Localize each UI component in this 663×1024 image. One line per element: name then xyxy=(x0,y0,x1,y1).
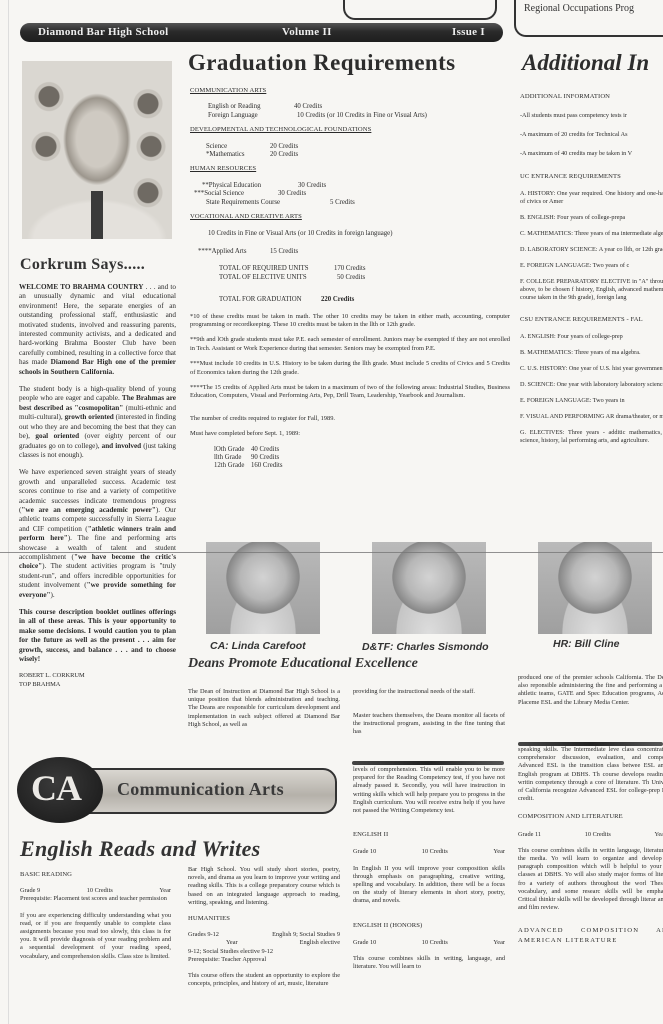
req-value: 40 Credits xyxy=(294,103,322,111)
principal-photo xyxy=(22,61,172,239)
req-label: State Requirements Course xyxy=(206,199,330,207)
course-grade: Grade 10 xyxy=(353,939,376,947)
req-label: *Mathematics xyxy=(206,151,270,159)
csu-item: D. SCIENCE: One year with laboratory lab… xyxy=(520,381,663,389)
additional-title: Additional In xyxy=(522,50,649,76)
signature-title: TOP BRAHMA xyxy=(19,681,176,689)
text-bold: and involved xyxy=(102,442,142,450)
course-grade: Grade 11 xyxy=(518,831,541,839)
uc-item: C. MATHEMATICS: Three years of ma interm… xyxy=(520,230,663,238)
grade-credit-row: 12th Grade160 Credits xyxy=(214,462,510,470)
section-vocational: VOCATIONAL AND CREATIVE ARTS xyxy=(190,213,510,221)
graduation-title: Graduation Requirements xyxy=(188,50,456,76)
section-human-resources: HUMAN RESOURCES xyxy=(190,165,510,173)
course-credits: English 9; Social Studies 9 xyxy=(272,931,340,939)
req-label: Science xyxy=(206,143,270,151)
course-term: Year xyxy=(159,887,171,895)
course-desc: Bar High School. You will study short st… xyxy=(188,866,340,907)
course-desc: This course combines skills in writing, … xyxy=(353,955,505,971)
csu-item: F. VISUAL AND PERFORMING AR drama/theate… xyxy=(520,413,663,421)
course-desc: speaking skills. The Intermediate leve c… xyxy=(518,746,663,803)
info-item: -A maximum of 40 credits may be taken in… xyxy=(520,150,663,158)
completed-note: Must have completed before Sept. 1, 1989… xyxy=(190,430,510,438)
col2-courses: Bar High School. You will study short st… xyxy=(188,866,340,988)
csu-item: E. FOREIGN LANGUAGE: Two years in xyxy=(520,397,663,405)
page-fold-crease xyxy=(0,552,663,553)
grade-label: 12th Grade xyxy=(214,462,251,470)
course-meta: Grade 10 10 Credits Year xyxy=(353,848,505,856)
course-grade: Grades 9-12 xyxy=(188,931,219,939)
total-value: 170 Credits xyxy=(334,265,366,273)
footnote: *10 of these credits must be taken in ma… xyxy=(190,313,510,330)
english-heading: English Reads and Writes xyxy=(20,836,261,862)
text-bold: growth oriented xyxy=(65,413,114,421)
section-dev-tech: DEVELOPMENTAL AND TECHNOLOGICAL FOUNDATI… xyxy=(190,126,510,134)
req-value: 10 Credits (or 10 Credits in Fine or Vis… xyxy=(297,112,427,120)
grade-label: llth Grade xyxy=(214,454,251,462)
principal-closing: This course description booklet outlines… xyxy=(19,608,176,664)
req-value: 20 Credits xyxy=(270,143,298,151)
course-prereq: Prerequisite: Placement test scores and … xyxy=(20,895,171,903)
req-label: ****Applied Arts xyxy=(198,248,270,256)
dean-caption: HR: Bill Cline xyxy=(553,638,620,650)
req-label: **Physical Education xyxy=(202,182,298,190)
total-row: TOTAL OF ELECTIVE UNITS50 Credits xyxy=(219,274,510,282)
req-value: 15 Credits xyxy=(270,248,298,256)
welcome-lead: WELCOME TO BRAHMA COUNTRY xyxy=(19,283,143,291)
dean-photo-cline xyxy=(538,542,652,634)
ca-badge-text: CA xyxy=(31,767,81,809)
course-term: Year xyxy=(493,848,505,856)
deans-col3: produced one of the premier schools Cali… xyxy=(518,674,663,707)
course-grade: Grade 9 xyxy=(20,887,40,895)
basic-reading: BASIC READING Grade 9 10 Credits Year Pr… xyxy=(20,871,171,961)
req-label: English or Reading xyxy=(208,103,294,111)
course-title: COMPOSITION AND LITERATURE xyxy=(518,813,663,821)
deans-col2a: providing for the instructional needs of… xyxy=(353,688,505,696)
req-value: 5 Credits xyxy=(330,199,355,207)
total-value: 50 Credits xyxy=(337,274,365,282)
course-desc: levels of comprehension. This will enabl… xyxy=(353,766,505,815)
uc-item: E. FOREIGN LANGUAGE: Two years of c xyxy=(520,262,663,270)
top-cutoff-box xyxy=(343,0,497,20)
signature-name: ROBERT L. CORKRUM xyxy=(19,672,176,680)
total-row: TOTAL OF REQUIRED UNITS170 Credits xyxy=(219,265,510,273)
total-label: TOTAL FOR GRADUATION xyxy=(219,296,321,304)
total-label: TOTAL OF REQUIRED UNITS xyxy=(219,265,334,273)
course-term: Year xyxy=(226,939,238,947)
masthead-volume: Volume II xyxy=(282,26,332,38)
grade-credits: 160 Credits xyxy=(251,462,283,470)
grade-credit-row: lOth Grade40 Credits xyxy=(214,446,510,454)
principal-paragraph: WELCOME TO BRAHMA COUNTRY . . . and to a… xyxy=(19,283,176,377)
uc-item: F. COLLEGE PREPARATORY ELECTIVE in "A" t… xyxy=(520,278,663,302)
principal-heading: Corkrum Says..... xyxy=(20,256,145,274)
grade-label: lOth Grade xyxy=(214,446,251,454)
dean-photo-carefoot xyxy=(206,542,320,634)
req-row: Science20 Credits xyxy=(206,143,510,151)
course-credits: 10 Credits xyxy=(585,831,611,839)
principal-letter: WELCOME TO BRAHMA COUNTRY . . . and to a… xyxy=(19,283,176,689)
additional-info: ADDITIONAL INFORMATION -All students mus… xyxy=(520,93,663,445)
req-row: **Physical Education30 Credits xyxy=(202,182,510,190)
course-title: BASIC READING xyxy=(20,871,171,879)
rop-box-title: Regional Occupations Prog xyxy=(524,3,634,14)
course-meta: 9-12; Social Studies elective 9-12 xyxy=(188,948,340,956)
course-prereq: Prerequisite: Teacher Approval xyxy=(188,956,340,964)
page-edge-shadow xyxy=(8,0,9,1024)
total-value: 220 Credits xyxy=(321,296,354,304)
req-row: *Mathematics20 Credits xyxy=(206,151,510,159)
deans-col1: The Dean of Instruction at Diamond Bar H… xyxy=(188,688,340,729)
info-item: -A maximum of 20 credits for Technical A… xyxy=(520,131,663,139)
req-row: English or Reading40 Credits xyxy=(208,103,510,111)
grade-credits: 90 Credits xyxy=(251,454,279,462)
course-credits: 10 Credits xyxy=(422,848,448,856)
req-row: ****Applied Arts15 Credits xyxy=(198,248,510,256)
deans-col2b: Master teachers themselves, the Deans mo… xyxy=(353,712,505,737)
text-bold: goal oriented xyxy=(35,432,79,440)
dean-photo-sismondo xyxy=(372,542,486,634)
rop-box-faint-text: Vocational and Technical xyxy=(524,0,594,2)
course-title: ENGLISH II (HONORS) xyxy=(353,922,505,930)
csu-heading: CSU ENTRANCE REQUIREMENTS - FAL xyxy=(520,316,663,324)
info-heading: ADDITIONAL INFORMATION xyxy=(520,93,663,101)
principal-paragraph: We have experienced seven straight years… xyxy=(19,468,176,600)
grade-credit-row: llth Grade90 Credits xyxy=(214,454,510,462)
req-label: Foreign Language xyxy=(208,112,297,120)
course-desc: In English II you will improve your comp… xyxy=(353,865,505,906)
dean-caption: CA: Linda Carefoot xyxy=(210,640,306,652)
course-meta: Grade 10 10 Credits Year xyxy=(353,939,505,947)
section-communication-arts: COMMUNICATION ARTS xyxy=(190,87,510,95)
principal-paragraph: The student body is a high-quality blend… xyxy=(19,385,176,460)
dean-caption: D&TF: Charles Sismondo xyxy=(362,641,489,653)
uc-item: A. HISTORY: One year required. One histo… xyxy=(520,190,663,206)
footnote: ****The 15 credits of Applied Arts must … xyxy=(190,384,510,401)
course-credits: English elective xyxy=(300,939,340,947)
total-row: TOTAL FOR GRADUATION220 Credits xyxy=(219,296,510,304)
grade-credits: 40 Credits xyxy=(251,446,279,454)
rop-box: Vocational and Technical Regional Occupa… xyxy=(514,0,663,37)
masthead-school: Diamond Bar High School xyxy=(38,26,168,38)
course-term: Yea xyxy=(654,831,663,839)
masthead-issue: Issue I xyxy=(452,26,485,38)
info-item: -All students must pass competency tests… xyxy=(520,112,663,120)
uc-heading: UC ENTRANCE REQUIREMENTS xyxy=(520,173,663,181)
csu-item: B. MATHEMATICS: Three years of ma algebr… xyxy=(520,349,663,357)
ca-badge: CA xyxy=(17,757,103,823)
course-credits: 10 Credits xyxy=(87,887,113,895)
req-value: 20 Credits xyxy=(270,151,298,159)
course-meta: Grades 9-12English 9; Social Studies 9 xyxy=(188,931,340,939)
csu-item: C. U.S. HISTORY: One year of U.S. hist y… xyxy=(520,365,663,373)
req-label: ***Social Science xyxy=(194,190,278,198)
req-value: 30 Credits xyxy=(298,182,326,190)
total-label: TOTAL OF ELECTIVE UNITS xyxy=(219,274,337,282)
register-note: The number of credits required to regist… xyxy=(190,415,510,423)
deans-heading: Deans Promote Educational Excellence xyxy=(188,656,418,672)
uc-item: D. LABORATORY SCIENCE: A year co llth, o… xyxy=(520,246,663,254)
req-value: 30 Credits xyxy=(278,190,306,198)
csu-item: A. ENGLISH: Four years of college-prep xyxy=(520,333,663,341)
req-row: 10 Credits in Fine or Visual Arts (or 10… xyxy=(208,230,510,238)
column-rule xyxy=(352,761,504,765)
footnote: **9th and lOth grade students must take … xyxy=(190,336,510,353)
banner-label: Communication Arts xyxy=(117,779,284,800)
col3-courses: levels of comprehension. This will enabl… xyxy=(353,766,505,971)
course-meta: Grade 11 10 Credits Yea xyxy=(518,831,663,839)
csu-item: G. ELECTIVES: Three years - additic math… xyxy=(520,429,663,445)
course-title: ADVANCED COMPOSITION AN AMERICAN LITERAT… xyxy=(518,926,663,945)
course-desc: This course offers the student an opport… xyxy=(188,972,340,988)
course-grade: Grade 10 xyxy=(353,848,376,856)
deans-col3-wrap: produced one of the premier schools Cali… xyxy=(518,674,663,707)
course-meta: YearEnglish elective xyxy=(188,939,340,947)
course-title: ENGLISH II xyxy=(353,831,505,839)
req-row: ***Social Science30 Credits xyxy=(194,190,510,198)
course-desc: If you are experiencing difficulty under… xyxy=(20,912,171,961)
course-desc: This course combines skills in writin la… xyxy=(518,847,663,913)
masthead-bar: Diamond Bar High School Volume II Issue … xyxy=(20,23,503,42)
course-title: HUMANITIES xyxy=(188,915,340,923)
req-row: State Requirements Course5 Credits xyxy=(206,199,510,207)
col4-courses: speaking skills. The Intermediate leve c… xyxy=(518,746,663,1024)
course-meta: Grade 9 10 Credits Year xyxy=(20,887,171,895)
course-term: Year xyxy=(493,939,505,947)
footnote: ***Must include 10 credits in U.S. Histo… xyxy=(190,360,510,377)
course-credits: 10 Credits xyxy=(422,939,448,947)
text-span: . . . and to an unusually dynamic and vi… xyxy=(19,283,176,366)
text-bold: "we are an emerging academic power" xyxy=(21,506,155,514)
text-span: ). xyxy=(51,591,55,599)
uc-item: B. ENGLISH: Four years of college-prepa xyxy=(520,214,663,222)
graduation-requirements: COMMUNICATION ARTS English or Reading40 … xyxy=(190,87,510,471)
req-row: Foreign Language10 Credits (or 10 Credit… xyxy=(208,112,510,120)
